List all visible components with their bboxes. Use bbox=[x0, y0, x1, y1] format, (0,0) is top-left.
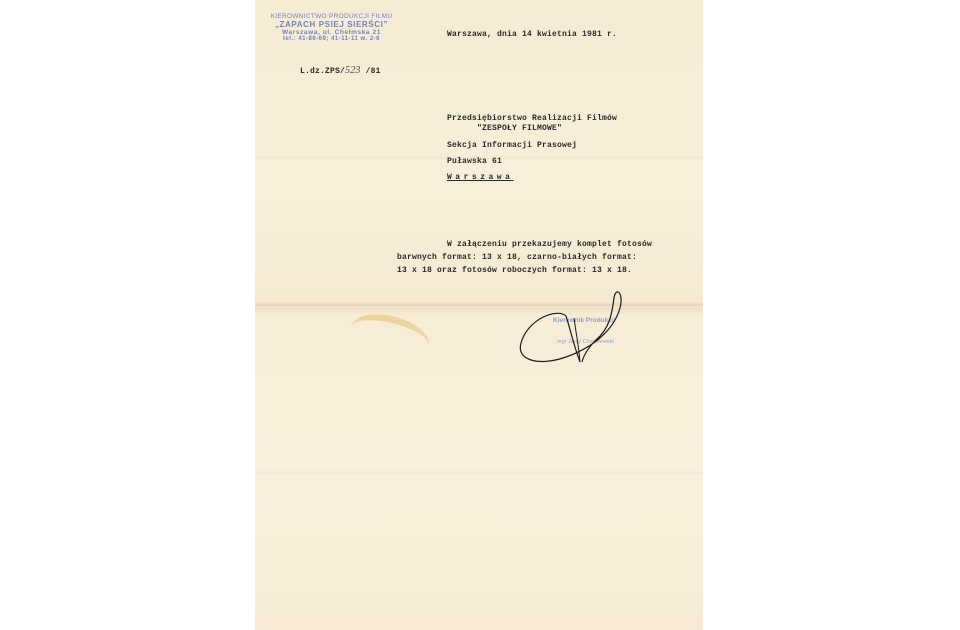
recipient-line: Sekcja Informacji Prasowej bbox=[447, 141, 577, 150]
stamp-line: KIEROWNICTWO PRODUKCJI FILMU bbox=[269, 13, 394, 20]
body-line: W załączeniu przekazujemy komplet fotosó… bbox=[447, 240, 652, 249]
reference-suffix: /81 bbox=[361, 67, 381, 76]
stamp-line: tel.: 41-86-69; 41-11-11 w. 2-6 bbox=[269, 36, 394, 42]
reference-number: L.dz.ZPS/523 /81 bbox=[300, 65, 381, 76]
letter-page: KIEROWNICTWO PRODUKCJI FILMU „ZAPACH PSI… bbox=[255, 0, 703, 630]
stamp-line: Warszawa, ul. Chełmska 21 bbox=[269, 29, 394, 36]
handwritten-signature bbox=[518, 288, 638, 368]
paper-fold bbox=[255, 470, 703, 476]
stamp-line: „ZAPACH PSIEJ SIERŚCI” bbox=[269, 20, 394, 29]
body-line: 13 x 18 oraz fotosów roboczych format: 1… bbox=[397, 266, 632, 275]
letterhead-stamp: KIEROWNICTWO PRODUKCJI FILMU „ZAPACH PSI… bbox=[269, 13, 394, 42]
body-line: barwnych format: 13 x 18, czarno-białych… bbox=[397, 253, 637, 262]
coffee-stain bbox=[347, 308, 434, 365]
handwritten-number: 523 bbox=[345, 65, 361, 76]
reference-prefix: L.dz.ZPS/ bbox=[300, 67, 345, 76]
date-line: Warszawa, dnia 14 kwietnia 1981 r. bbox=[447, 30, 617, 39]
recipient-line: Puławska 61 bbox=[447, 157, 502, 166]
recipient-line: "ZESPOŁY FILMOWE" bbox=[477, 124, 562, 133]
recipient-city: Warszawa bbox=[447, 173, 513, 182]
recipient-line: Przedsiębiorstwo Realizacji Filmów bbox=[447, 114, 617, 123]
